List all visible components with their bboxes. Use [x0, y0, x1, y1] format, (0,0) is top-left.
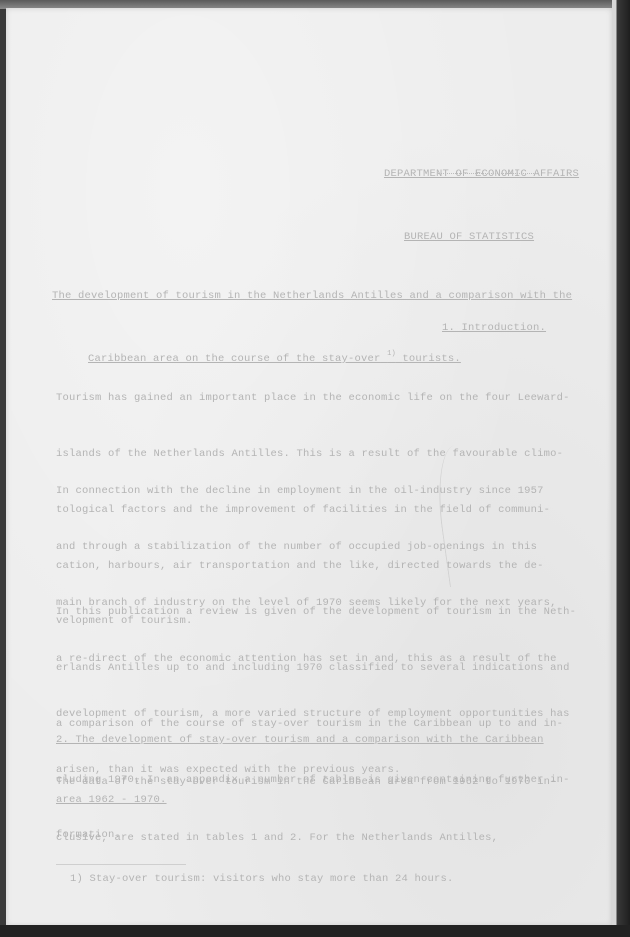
footnote: 1) Stay-over tourism: visitors who stay … [70, 873, 454, 885]
footnote-divider [56, 864, 186, 865]
paragraph-line: The data of the stay-over tourism in the… [56, 773, 596, 792]
section-heading-introduction: 1. Introduction. [442, 322, 546, 334]
scanner-border-right [612, 0, 630, 937]
paragraph-4: The data of the stay-over tourism in the… [56, 736, 596, 866]
paragraph-line: In this publication a review is given of… [56, 603, 596, 622]
scanner-border-bottom [0, 925, 630, 937]
paragraph-line: erlands Antilles up to and including 197… [56, 659, 596, 678]
header-department: DEPARTMENT OF ECONOMIC AFFAIRS [384, 164, 579, 185]
paragraph-line: clusive, are stated in tables 1 and 2. F… [56, 829, 596, 848]
title-line-1: The development of tourism in the Nether… [52, 286, 572, 307]
paragraph-line: and through a stabilization of the numbe… [56, 538, 596, 557]
paragraph-line: In connection with the decline in employ… [56, 482, 596, 501]
header-divider [438, 173, 538, 174]
paragraph-line: Tourism has gained an important place in… [56, 389, 596, 408]
